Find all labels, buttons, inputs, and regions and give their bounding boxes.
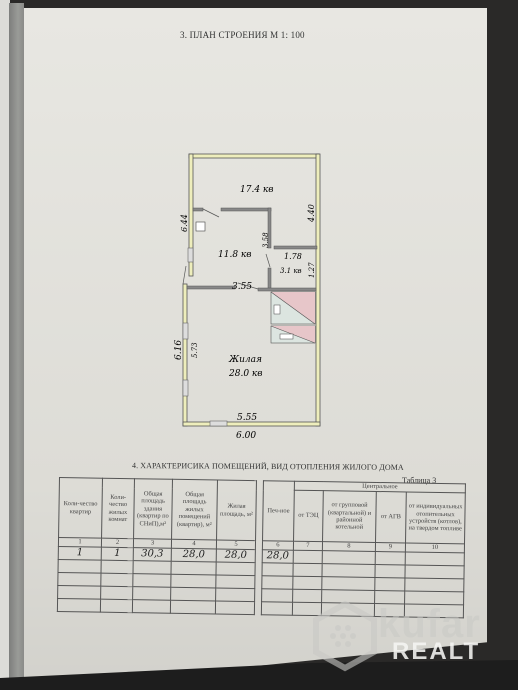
section-title: 4. ХАРАКТЕРИСИКА ПОМЕЩЕНИЙ, ВИД ОТОПЛЕНИ… (132, 461, 404, 472)
svg-text:3.58: 3.58 (262, 232, 270, 248)
svg-text:6.16: 6.16 (174, 340, 184, 360)
svg-text:6.00: 6.00 (236, 431, 256, 441)
svg-text:3.55: 3.55 (232, 282, 252, 292)
svg-text:6.44: 6.44 (180, 214, 189, 232)
svg-text:1.78: 1.78 (284, 252, 302, 261)
svg-text:4.40: 4.40 (307, 204, 316, 223)
svg-text:5.55: 5.55 (237, 413, 257, 423)
characteristics-table: Коли-чество квартир Коли-чество жилых ко… (57, 477, 466, 618)
floor-plan: 17.4 кв 11.8 кв 3.1 кв Жилая 28.0 кв 1.7… (0, 0, 518, 460)
watermark-sub: REALT (392, 638, 480, 666)
svg-text:5.73: 5.73 (191, 342, 199, 358)
room-area-4: 28.0 кв (228, 369, 263, 379)
kufar-logo-icon (310, 600, 380, 672)
svg-text:1.27: 1.27 (308, 262, 316, 278)
room-label-3: 3.1 кв (280, 267, 302, 275)
room-label-4: Жилая (228, 355, 262, 365)
room-label-1: 17.4 кв (240, 185, 274, 195)
room-label-2: 11.8 кв (218, 250, 252, 260)
